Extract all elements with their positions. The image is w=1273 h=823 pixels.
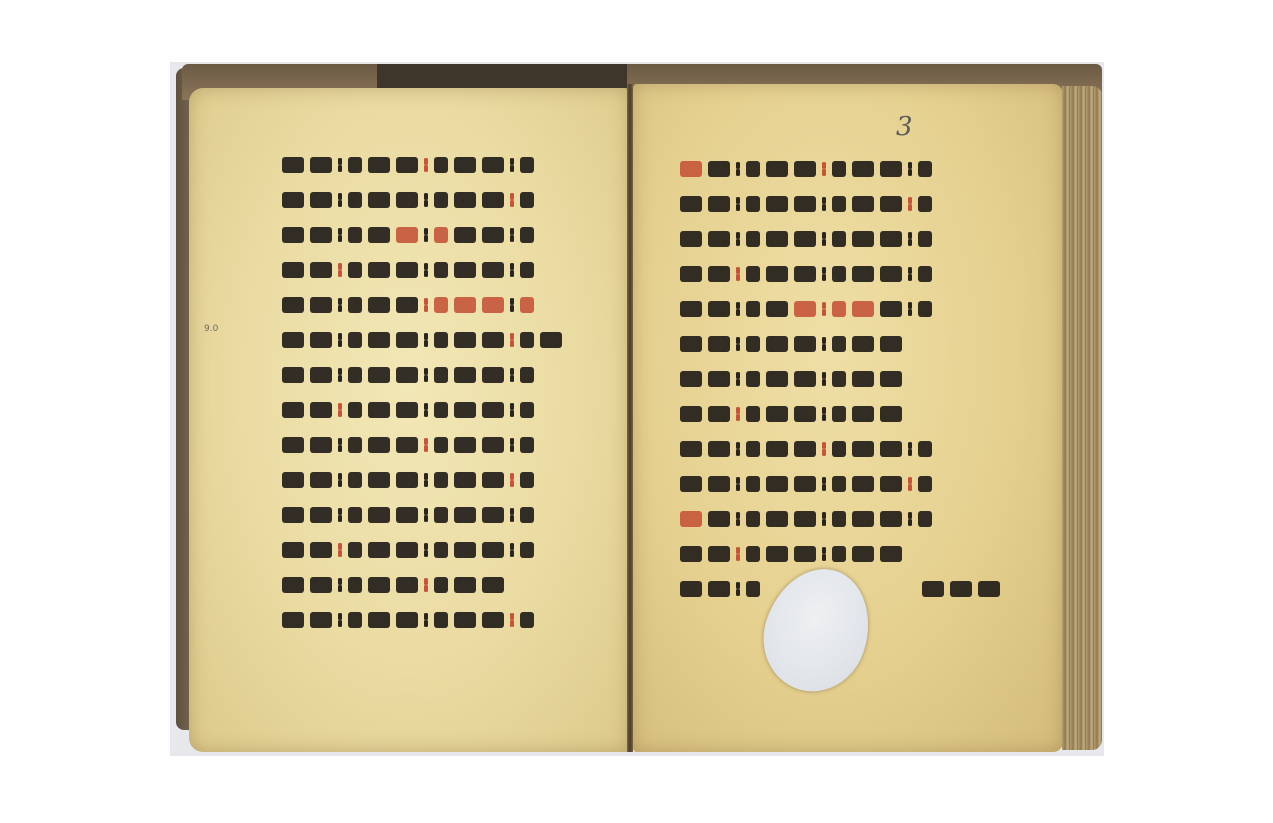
ethiopic-glyph	[482, 262, 504, 278]
ethiopic-glyph	[708, 196, 730, 212]
ethiopic-glyph	[766, 301, 788, 317]
ethiopic-glyph	[918, 161, 932, 177]
ethiopic-glyph	[454, 612, 476, 628]
ethiopic-glyph	[766, 336, 788, 352]
word-separator	[908, 302, 912, 316]
word-separator	[736, 302, 740, 316]
manuscript-line	[680, 193, 932, 215]
ethiopic-glyph	[852, 511, 874, 527]
ethiopic-glyph	[520, 297, 534, 313]
ethiopic-glyph	[880, 266, 902, 282]
word-separator	[822, 442, 826, 456]
word-separator	[510, 228, 514, 242]
manuscript-line	[282, 469, 534, 491]
ethiopic-glyph	[396, 402, 418, 418]
ethiopic-glyph	[918, 441, 932, 457]
ethiopic-glyph	[880, 406, 902, 422]
ethiopic-glyph	[396, 367, 418, 383]
ethiopic-glyph	[680, 161, 702, 177]
ethiopic-glyph	[918, 301, 932, 317]
ethiopic-glyph	[396, 227, 418, 243]
word-separator	[424, 508, 428, 522]
ethiopic-glyph	[918, 266, 932, 282]
ethiopic-glyph	[708, 336, 730, 352]
ethiopic-glyph	[396, 262, 418, 278]
ethiopic-glyph	[310, 367, 332, 383]
ethiopic-glyph	[368, 542, 390, 558]
manuscript-line	[680, 333, 902, 355]
ethiopic-glyph	[794, 546, 816, 562]
ethiopic-glyph	[766, 371, 788, 387]
ethiopic-glyph	[454, 297, 476, 313]
ethiopic-glyph	[794, 336, 816, 352]
manuscript-line	[680, 158, 932, 180]
ethiopic-glyph	[766, 406, 788, 422]
ethiopic-glyph	[368, 507, 390, 523]
ethiopic-glyph	[368, 367, 390, 383]
ethiopic-glyph	[746, 336, 760, 352]
ethiopic-glyph	[454, 507, 476, 523]
ethiopic-glyph	[746, 266, 760, 282]
manuscript-line	[282, 329, 562, 351]
ethiopic-glyph	[746, 581, 760, 597]
ethiopic-glyph	[310, 507, 332, 523]
ethiopic-glyph	[832, 336, 846, 352]
ethiopic-glyph	[482, 297, 504, 313]
ethiopic-glyph	[482, 507, 504, 523]
ethiopic-glyph	[348, 577, 362, 593]
ethiopic-glyph	[454, 262, 476, 278]
ethiopic-glyph	[454, 542, 476, 558]
ethiopic-glyph	[282, 472, 304, 488]
ethiopic-glyph	[880, 511, 902, 527]
word-separator	[338, 193, 342, 207]
ethiopic-glyph	[348, 402, 362, 418]
ethiopic-glyph	[368, 612, 390, 628]
ethiopic-glyph	[482, 332, 504, 348]
ethiopic-glyph	[708, 441, 730, 457]
manuscript-line	[282, 154, 534, 176]
ethiopic-glyph	[794, 406, 816, 422]
ethiopic-glyph	[832, 231, 846, 247]
word-separator	[908, 197, 912, 211]
ethiopic-glyph	[348, 192, 362, 208]
ethiopic-glyph	[766, 196, 788, 212]
ethiopic-glyph	[282, 297, 304, 313]
word-separator	[510, 613, 514, 627]
word-separator	[822, 547, 826, 561]
ethiopic-glyph	[482, 472, 504, 488]
word-separator	[736, 372, 740, 386]
ethiopic-glyph	[708, 406, 730, 422]
manuscript-line	[680, 403, 902, 425]
ethiopic-glyph	[852, 266, 874, 282]
ethiopic-glyph	[282, 367, 304, 383]
ethiopic-glyph	[482, 577, 504, 593]
manuscript-line	[282, 294, 534, 316]
ethiopic-glyph	[368, 402, 390, 418]
word-separator	[736, 512, 740, 526]
ethiopic-glyph	[680, 336, 702, 352]
ethiopic-glyph	[880, 546, 902, 562]
word-separator	[338, 578, 342, 592]
ethiopic-glyph	[794, 196, 816, 212]
ethiopic-glyph	[680, 476, 702, 492]
ethiopic-glyph	[832, 371, 846, 387]
manuscript-line	[680, 298, 932, 320]
ethiopic-glyph	[310, 402, 332, 418]
ethiopic-glyph	[708, 511, 730, 527]
ethiopic-glyph	[794, 266, 816, 282]
manuscript-line	[680, 228, 932, 250]
ethiopic-glyph	[746, 371, 760, 387]
ethiopic-glyph	[310, 577, 332, 593]
ethiopic-glyph	[434, 227, 448, 243]
ethiopic-glyph	[348, 367, 362, 383]
ethiopic-glyph	[680, 441, 702, 457]
word-separator	[424, 263, 428, 277]
manuscript-line	[680, 508, 932, 530]
manuscript-line	[282, 224, 534, 246]
ethiopic-glyph	[520, 507, 534, 523]
word-separator	[338, 403, 342, 417]
ethiopic-glyph	[396, 157, 418, 173]
ethiopic-glyph	[832, 546, 846, 562]
ethiopic-glyph	[482, 192, 504, 208]
ethiopic-glyph	[310, 542, 332, 558]
word-separator	[908, 512, 912, 526]
ethiopic-glyph	[368, 192, 390, 208]
ethiopic-glyph	[454, 367, 476, 383]
ethiopic-glyph	[520, 612, 534, 628]
ethiopic-glyph	[746, 161, 760, 177]
ethiopic-glyph	[520, 367, 534, 383]
ethiopic-glyph	[708, 301, 730, 317]
ethiopic-glyph	[746, 196, 760, 212]
ethiopic-glyph	[766, 511, 788, 527]
ethiopic-glyph	[434, 157, 448, 173]
ethiopic-glyph	[310, 437, 332, 453]
ethiopic-glyph	[282, 332, 304, 348]
ethiopic-glyph	[852, 161, 874, 177]
ethiopic-glyph	[766, 441, 788, 457]
word-separator	[424, 543, 428, 557]
word-separator	[424, 578, 428, 592]
word-separator	[736, 232, 740, 246]
ethiopic-glyph	[708, 266, 730, 282]
ethiopic-glyph	[852, 336, 874, 352]
ethiopic-glyph	[766, 546, 788, 562]
ethiopic-glyph	[348, 437, 362, 453]
ethiopic-glyph	[880, 161, 902, 177]
word-separator	[510, 473, 514, 487]
ethiopic-glyph	[282, 192, 304, 208]
manuscript-line	[680, 263, 932, 285]
ethiopic-glyph	[852, 196, 874, 212]
ethiopic-glyph	[434, 577, 448, 593]
ethiopic-glyph	[680, 266, 702, 282]
manuscript-line	[680, 543, 902, 565]
manuscript-line	[282, 364, 534, 386]
ethiopic-glyph	[368, 157, 390, 173]
ethiopic-glyph	[396, 192, 418, 208]
manuscript-line	[680, 368, 902, 390]
word-separator	[424, 473, 428, 487]
word-separator	[736, 442, 740, 456]
word-separator	[338, 368, 342, 382]
ethiopic-glyph	[482, 367, 504, 383]
word-separator	[424, 403, 428, 417]
ethiopic-glyph	[348, 157, 362, 173]
word-separator	[822, 477, 826, 491]
ethiopic-glyph	[918, 196, 932, 212]
ethiopic-glyph	[766, 266, 788, 282]
ethiopic-glyph	[396, 437, 418, 453]
ethiopic-glyph	[708, 231, 730, 247]
ethiopic-glyph	[794, 511, 816, 527]
ethiopic-glyph	[310, 472, 332, 488]
word-separator	[338, 543, 342, 557]
word-separator	[510, 403, 514, 417]
ethiopic-glyph	[746, 231, 760, 247]
ethiopic-glyph	[282, 262, 304, 278]
word-separator	[338, 508, 342, 522]
ethiopic-glyph	[368, 262, 390, 278]
ethiopic-glyph	[880, 231, 902, 247]
ethiopic-glyph	[708, 581, 730, 597]
ethiopic-glyph	[832, 196, 846, 212]
ethiopic-glyph	[282, 507, 304, 523]
ethiopic-glyph	[368, 437, 390, 453]
ethiopic-glyph	[520, 472, 534, 488]
manuscript-line	[282, 609, 534, 631]
word-separator	[338, 613, 342, 627]
ethiopic-glyph	[434, 472, 448, 488]
ethiopic-glyph	[348, 262, 362, 278]
ethiopic-glyph	[348, 227, 362, 243]
manuscript-line	[282, 504, 534, 526]
ethiopic-glyph	[922, 581, 944, 597]
ethiopic-glyph	[282, 542, 304, 558]
word-separator	[736, 407, 740, 421]
ethiopic-glyph	[434, 402, 448, 418]
ethiopic-glyph	[454, 472, 476, 488]
ethiopic-glyph	[482, 542, 504, 558]
ethiopic-glyph	[396, 542, 418, 558]
word-separator	[338, 473, 342, 487]
word-separator	[424, 333, 428, 347]
ethiopic-glyph	[282, 402, 304, 418]
word-separator	[510, 508, 514, 522]
word-separator	[510, 438, 514, 452]
ethiopic-glyph	[434, 332, 448, 348]
ethiopic-glyph	[794, 231, 816, 247]
ethiopic-glyph	[454, 157, 476, 173]
manuscript-line	[680, 438, 932, 460]
ethiopic-glyph	[794, 371, 816, 387]
ethiopic-glyph	[794, 301, 816, 317]
word-separator	[338, 158, 342, 172]
word-separator	[510, 193, 514, 207]
word-separator	[510, 298, 514, 312]
word-separator	[822, 162, 826, 176]
ethiopic-glyph	[832, 511, 846, 527]
ethiopic-glyph	[766, 231, 788, 247]
ethiopic-glyph	[880, 476, 902, 492]
ethiopic-glyph	[396, 507, 418, 523]
manuscript-line	[282, 574, 504, 596]
ethiopic-glyph	[348, 542, 362, 558]
ethiopic-glyph	[680, 546, 702, 562]
ethiopic-glyph	[746, 301, 760, 317]
ethiopic-glyph	[348, 472, 362, 488]
word-separator	[338, 298, 342, 312]
ethiopic-glyph	[396, 297, 418, 313]
ethiopic-glyph	[434, 262, 448, 278]
word-separator	[822, 197, 826, 211]
ethiopic-glyph	[434, 367, 448, 383]
ethiopic-glyph	[454, 192, 476, 208]
word-separator	[908, 232, 912, 246]
ethiopic-glyph	[520, 227, 534, 243]
ethiopic-glyph	[520, 192, 534, 208]
ethiopic-glyph	[454, 437, 476, 453]
ethiopic-glyph	[794, 441, 816, 457]
ethiopic-glyph	[680, 511, 702, 527]
manuscript-line	[282, 399, 534, 421]
ethiopic-glyph	[680, 301, 702, 317]
ethiopic-glyph	[310, 192, 332, 208]
ethiopic-glyph	[454, 402, 476, 418]
ethiopic-glyph	[434, 612, 448, 628]
word-separator	[736, 337, 740, 351]
ethiopic-glyph	[708, 476, 730, 492]
ethiopic-glyph	[832, 406, 846, 422]
word-separator	[424, 228, 428, 242]
ethiopic-glyph	[918, 511, 932, 527]
word-separator	[908, 267, 912, 281]
word-separator	[424, 613, 428, 627]
margin-note: 9.0	[204, 324, 218, 334]
ethiopic-glyph	[852, 406, 874, 422]
ethiopic-glyph	[396, 612, 418, 628]
folio-number: 3	[896, 112, 913, 142]
ethiopic-glyph	[310, 157, 332, 173]
ethiopic-glyph	[434, 437, 448, 453]
ethiopic-glyph	[520, 262, 534, 278]
word-separator	[424, 368, 428, 382]
ethiopic-glyph	[368, 227, 390, 243]
ethiopic-glyph	[482, 157, 504, 173]
ethiopic-glyph	[708, 371, 730, 387]
ethiopic-glyph	[918, 476, 932, 492]
ethiopic-glyph	[482, 612, 504, 628]
ethiopic-glyph	[396, 472, 418, 488]
ethiopic-glyph	[282, 577, 304, 593]
ethiopic-glyph	[708, 546, 730, 562]
ethiopic-glyph	[852, 546, 874, 562]
ethiopic-glyph	[746, 441, 760, 457]
word-separator	[424, 438, 428, 452]
ethiopic-glyph	[368, 577, 390, 593]
word-separator	[736, 477, 740, 491]
ethiopic-glyph	[482, 437, 504, 453]
ethiopic-glyph	[832, 161, 846, 177]
manuscript-line	[282, 189, 534, 211]
ethiopic-glyph	[396, 577, 418, 593]
ethiopic-glyph	[348, 612, 362, 628]
ethiopic-glyph	[434, 507, 448, 523]
ethiopic-glyph	[766, 161, 788, 177]
ethiopic-glyph	[282, 227, 304, 243]
ethiopic-glyph	[434, 542, 448, 558]
ethiopic-glyph	[482, 402, 504, 418]
ethiopic-glyph	[348, 332, 362, 348]
ethiopic-glyph	[454, 227, 476, 243]
ethiopic-glyph	[434, 297, 448, 313]
word-separator	[736, 197, 740, 211]
ethiopic-glyph	[950, 581, 972, 597]
word-separator	[822, 267, 826, 281]
word-separator	[736, 162, 740, 176]
ethiopic-glyph	[310, 612, 332, 628]
ethiopic-glyph	[348, 507, 362, 523]
ethiopic-glyph	[680, 231, 702, 247]
ethiopic-glyph	[852, 476, 874, 492]
ethiopic-glyph	[540, 332, 562, 348]
ethiopic-glyph	[852, 301, 874, 317]
word-separator	[424, 298, 428, 312]
ethiopic-glyph	[310, 227, 332, 243]
ethiopic-glyph	[852, 231, 874, 247]
word-separator	[510, 158, 514, 172]
ethiopic-glyph	[434, 192, 448, 208]
ethiopic-glyph	[348, 297, 362, 313]
ethiopic-glyph	[880, 371, 902, 387]
ethiopic-glyph	[454, 577, 476, 593]
ethiopic-glyph	[680, 196, 702, 212]
word-separator	[338, 333, 342, 347]
ethiopic-glyph	[310, 332, 332, 348]
ethiopic-glyph	[978, 581, 1000, 597]
word-separator	[822, 337, 826, 351]
ethiopic-glyph	[746, 406, 760, 422]
word-separator	[510, 263, 514, 277]
manuscript-line	[282, 259, 534, 281]
ethiopic-glyph	[708, 161, 730, 177]
word-separator	[908, 477, 912, 491]
ethiopic-glyph	[368, 332, 390, 348]
word-separator	[822, 302, 826, 316]
ethiopic-glyph	[310, 297, 332, 313]
ethiopic-glyph	[680, 581, 702, 597]
ethiopic-glyph	[880, 336, 902, 352]
ethiopic-glyph	[454, 332, 476, 348]
word-separator	[338, 438, 342, 452]
ethiopic-glyph	[520, 542, 534, 558]
ethiopic-glyph	[680, 406, 702, 422]
ethiopic-glyph	[794, 161, 816, 177]
word-separator	[736, 547, 740, 561]
ethiopic-glyph	[832, 476, 846, 492]
ethiopic-glyph	[368, 297, 390, 313]
word-separator	[908, 162, 912, 176]
ethiopic-glyph	[482, 227, 504, 243]
word-separator	[510, 543, 514, 557]
ethiopic-glyph	[832, 266, 846, 282]
word-separator	[736, 582, 740, 596]
ethiopic-glyph	[918, 231, 932, 247]
